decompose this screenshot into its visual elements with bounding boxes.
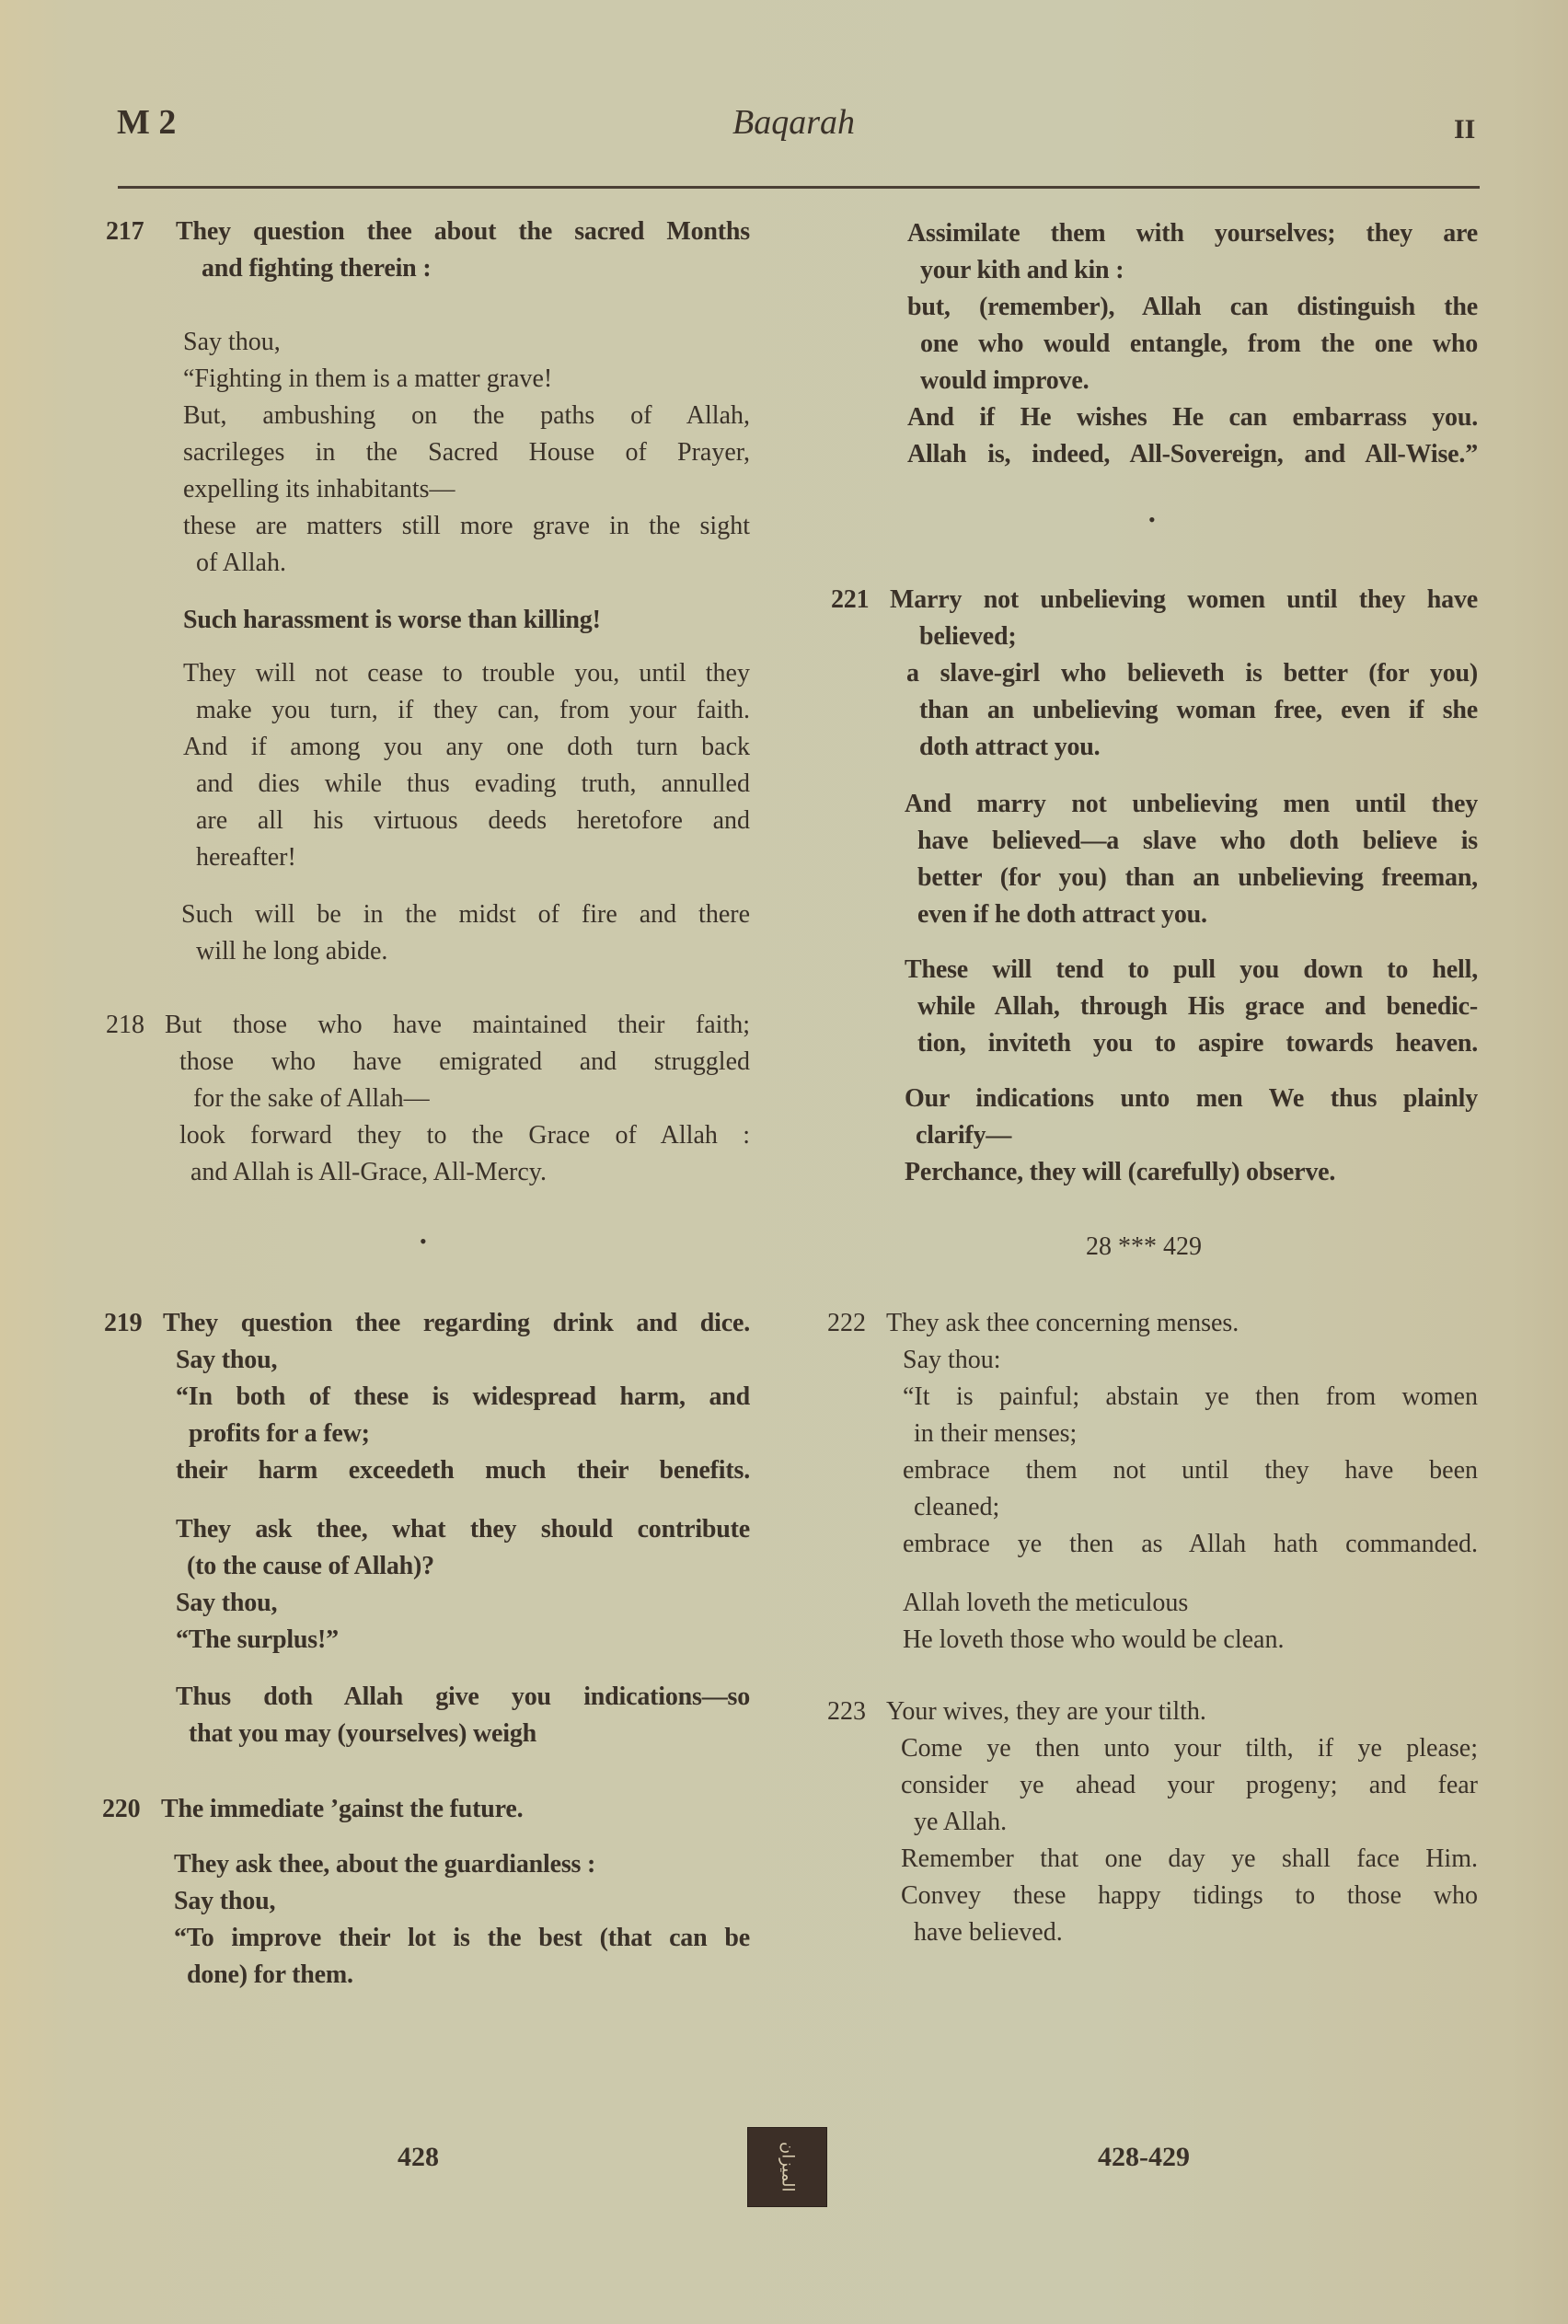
verse-number: 218 [106, 1007, 144, 1044]
verse-line: consider ye ahead your progeny; and fear [827, 1767, 1478, 1804]
verse-220-para: They ask thee, about the guardianless : … [174, 1846, 750, 1994]
verse-217-para3: Such will be in the midst of fire and th… [181, 896, 750, 970]
verse-line: that you may (yourselves) weigh [176, 1716, 750, 1752]
verse-line: profits for a few; [104, 1416, 750, 1452]
verse-line: Say thou: [827, 1342, 1478, 1379]
verse-line: would improve. [907, 363, 1478, 399]
verse-line: of Allah. [183, 545, 750, 582]
verse-line: for the sake of Allah— [106, 1081, 750, 1117]
verse-line: Say thou, [174, 1883, 750, 1920]
right-page-range: 428-429 [1098, 2142, 1190, 2173]
verse-line: doth attract you. [831, 729, 1478, 766]
verse-number: 219 [104, 1305, 142, 1342]
verse-line: They ask thee, about the guardianless : [174, 1846, 750, 1883]
verse-220-continued: Assimilate them with yourselves; they ar… [907, 215, 1478, 473]
verse-line: tion, inviteth you to aspire towards hea… [905, 1025, 1478, 1062]
verse-line: your kith and kin : [907, 252, 1478, 289]
verse-line: (to the cause of Allah)? [176, 1548, 750, 1585]
verse-219-para3: Thus doth Allah give you indications—so … [176, 1679, 750, 1752]
verse-222-para2: Allah loveth the meticulous He loveth th… [903, 1585, 1478, 1659]
header-surah-title: Baqarah [0, 99, 1568, 145]
verse-line: their harm exceedeth much their benefits… [104, 1452, 750, 1489]
verse-line: They ask thee concerning menses. [827, 1305, 1478, 1342]
verse-line: He loveth those who would be clean. [903, 1622, 1478, 1659]
verse-line: sacrileges in the Sacred House of Prayer… [183, 434, 750, 471]
verse-line: Convey these happy tidings to those who [827, 1878, 1478, 1914]
verse-line: cleaned; [827, 1489, 1478, 1526]
verse-line: And if among you any one doth turn back [183, 729, 750, 766]
verse-number: 222 [827, 1305, 866, 1342]
verse-217-emphasis: Such harassment is worse than killing! [183, 602, 750, 639]
verse-line: And marry not unbelieving men until they [905, 786, 1478, 823]
verse-line: Come ye then unto your tilth, if ye plea… [827, 1730, 1478, 1767]
verse-line: while Allah, through His grace and bened… [905, 989, 1478, 1025]
verse-line: “Fighting in them is a matter grave! [183, 361, 750, 398]
verse-line: in their menses; [827, 1416, 1478, 1452]
verse-line: Remember that one day ye shall face Him. [827, 1841, 1478, 1878]
section-separator: • [1148, 510, 1156, 530]
verse-line: have believed—a slave who doth believe i… [905, 823, 1478, 860]
verse-line: Say thou, [176, 1585, 750, 1622]
verse-line: They question thee about the sacred Mont… [106, 214, 750, 250]
verse-line: Allah loveth the meticulous [903, 1585, 1478, 1622]
verse-line: and dies while thus evading truth, annul… [183, 766, 750, 803]
header-rule [118, 186, 1480, 189]
verse-221: 221 Marry not unbelieving women until th… [831, 582, 1478, 766]
verse-line: But those who have maintained their fait… [106, 1007, 750, 1044]
verse-219: 219 They question thee regarding drink a… [104, 1305, 750, 1489]
verse-line: expelling its inhabitants— [183, 471, 750, 508]
verse-line: one who would entangle, from the one who [907, 326, 1478, 363]
verse-line: These will tend to pull you down to hell… [905, 952, 1478, 989]
verse-number: 221 [831, 582, 869, 619]
verse-line: And if He wishes He can embarrass you. [907, 399, 1478, 436]
verse-line: these are matters still more grave in th… [183, 508, 750, 545]
verse-221-para2: And marry not unbelieving men until they… [905, 786, 1478, 933]
verse-line: done) for them. [174, 1957, 750, 1994]
verse-line: embrace ye then as Allah hath commanded. [827, 1526, 1478, 1563]
verse-line: than an unbelieving woman free, even if … [831, 692, 1478, 729]
verse-line: a slave-girl who believeth is better (fo… [831, 655, 1478, 692]
verse-217-para2: They will not cease to trouble you, unti… [183, 655, 750, 876]
verse-line: But, ambushing on the paths of Allah, [183, 398, 750, 434]
section-separator: • [420, 1231, 427, 1252]
verse-line: make you turn, if they can, from your fa… [183, 692, 750, 729]
verse-number: 217 [106, 214, 144, 250]
verse-line: Our indications unto men We thus plainly [905, 1081, 1478, 1117]
verse-218: 218 But those who have maintained their … [106, 1007, 750, 1191]
verse-line: and fighting therein : [106, 250, 750, 287]
verse-line: Perchance, they will (carefully) observe… [905, 1154, 1478, 1191]
verse-219-para2: They ask thee, what they should contribu… [176, 1511, 750, 1659]
verse-line: They ask thee, what they should contribu… [176, 1511, 750, 1548]
verse-line: those who have emigrated and struggled [106, 1044, 750, 1081]
verse-line: Such harassment is worse than killing! [183, 602, 750, 639]
verse-line: Such will be in the midst of fire and th… [181, 896, 750, 933]
section-marker: 28 *** 429 [1086, 1229, 1270, 1266]
verse-line: clarify— [905, 1117, 1478, 1154]
verse-line: Marry not unbelieving women until they h… [831, 582, 1478, 619]
publisher-logo: الميزان [747, 2127, 827, 2207]
verse-line: hereafter! [183, 839, 750, 876]
verse-line: look forward they to the Grace of Allah … [106, 1117, 750, 1154]
book-page: M 2 Baqarah II 217 They question thee ab… [0, 0, 1568, 2324]
verse-line: Thus doth Allah give you indications—so [176, 1679, 750, 1716]
verse-line: believed; [831, 619, 1478, 655]
verse-line: and Allah is All-Grace, All-Mercy. [106, 1154, 750, 1191]
verse-221-para3: These will tend to pull you down to hell… [905, 952, 1478, 1062]
verse-line: “It is painful; abstain ye then from wom… [827, 1379, 1478, 1416]
verse-line: embrace them not until they have been [827, 1452, 1478, 1489]
verse-line: better (for you) than an unbelieving fre… [905, 860, 1478, 896]
verse-line: even if he doth attract you. [905, 896, 1478, 933]
verse-line: have believed. [827, 1914, 1478, 1951]
verse-217-say-block: Say thou, “Fighting in them is a matter … [183, 324, 750, 582]
verse-line: Allah is, indeed, All-Sovereign, and All… [907, 436, 1478, 473]
verse-line: Say thou, [104, 1342, 750, 1379]
verse-line: “In both of these is widespread harm, an… [104, 1379, 750, 1416]
verse-line: ye Allah. [827, 1804, 1478, 1841]
verse-line: will he long abide. [181, 933, 750, 970]
verse-220: 220 The immediate ’gainst the future. [102, 1791, 750, 1828]
verse-line: “The surplus!” [176, 1622, 750, 1659]
verse-line: They will not cease to trouble you, unti… [183, 655, 750, 692]
verse-line: “To improve their lot is the best (that … [174, 1920, 750, 1957]
verse-line: The immediate ’gainst the future. [102, 1791, 750, 1828]
verse-217: 217 They question thee about the sacred … [106, 214, 750, 287]
verse-line: Say thou, [183, 324, 750, 361]
verse-line: Your wives, they are your tilth. [827, 1694, 1478, 1730]
verse-number: 223 [827, 1694, 866, 1730]
verse-line: They question thee regarding drink and d… [104, 1305, 750, 1342]
verse-line: but, (remember), Allah can distinguish t… [907, 289, 1478, 326]
calligraphy-logo-icon: الميزان [769, 2142, 806, 2191]
verse-223: 223 Your wives, they are your tilth. Com… [827, 1694, 1478, 1951]
verse-line: Assimilate them with yourselves; they ar… [907, 215, 1478, 252]
verse-221-para4: Our indications unto men We thus plainly… [905, 1081, 1478, 1191]
header-part-number: II [1454, 107, 1475, 153]
verse-line: are all his virtuous deeds heretofore an… [183, 803, 750, 839]
left-page-number: 428 [398, 2142, 439, 2173]
verse-222: 222 They ask thee concerning menses. Say… [827, 1305, 1478, 1563]
verse-number: 220 [102, 1791, 140, 1828]
